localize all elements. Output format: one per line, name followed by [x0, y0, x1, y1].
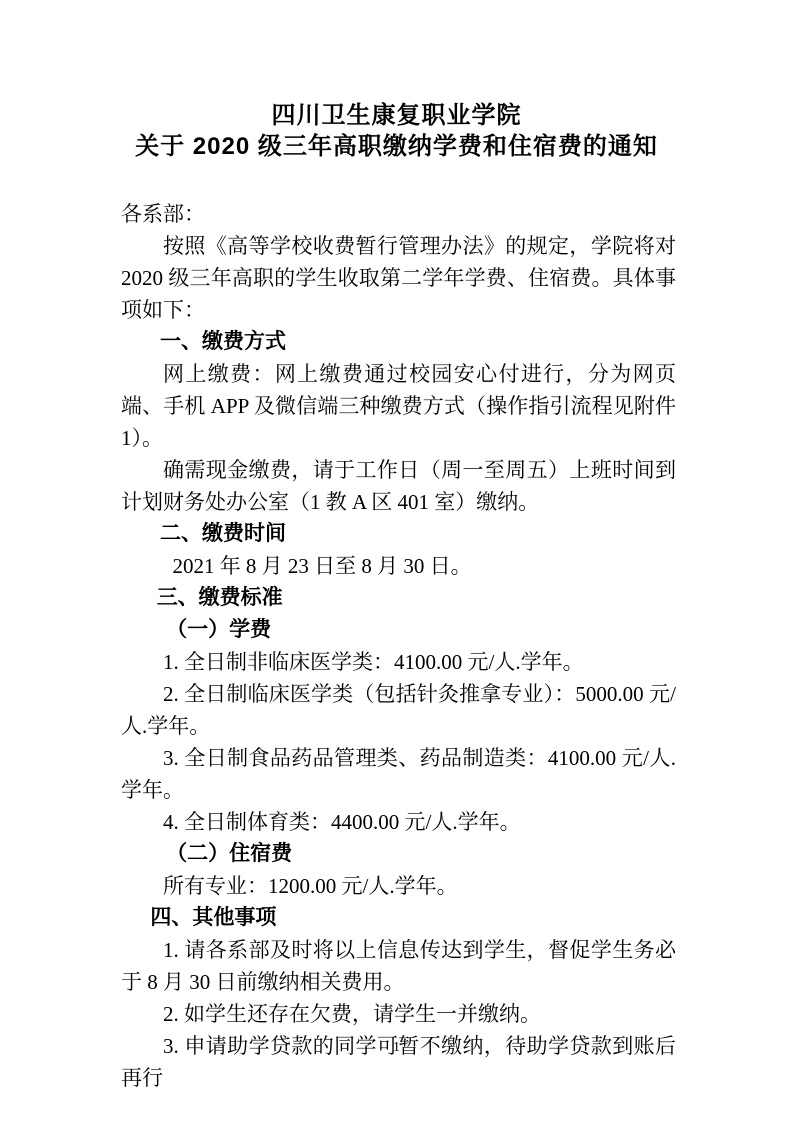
payment-online-paragraph: 网上缴费：网上缴费通过校园安心付进行，分为网页端、手机 APP 及微信端三种缴费…: [121, 358, 676, 454]
accommodation-heading: （二）住宿费: [121, 838, 676, 870]
intro-paragraph: 按照《高等学校收费暂行管理办法》的规定，学院将对 2020 级三年高职的学生收取…: [121, 230, 676, 326]
accommodation-fee-paragraph: 所有专业：1200.00 元/人.学年。: [121, 870, 676, 902]
tuition-item-4: 4. 全日制体育类：4400.00 元/人.学年。: [121, 806, 676, 838]
other-notes-item-2: 2. 如学生还存在欠费，请学生一并缴纳。: [121, 998, 676, 1030]
section-4-heading: 四、其他事项: [121, 902, 676, 934]
doc-title-line1: 四川卫生康复职业学院: [0, 100, 793, 131]
section-2-heading: 二、缴费时间: [121, 518, 676, 550]
payment-period-paragraph: 2021 年 8 月 23 日至 8 月 30 日。: [121, 550, 676, 582]
salutation-paragraph: 各系部：: [121, 198, 676, 230]
tuition-heading: （一）学费: [121, 614, 676, 646]
section-3-heading: 三、缴费标准: [121, 582, 676, 614]
page-number: 1: [0, 1040, 793, 1056]
payment-cash-paragraph: 确需现金缴费，请于工作日（周一至周五）上班时间到计划财务处办公室（1 教 A 区…: [121, 454, 676, 518]
tuition-item-1: 1. 全日制非临床医学类：4100.00 元/人.学年。: [121, 646, 676, 678]
tuition-item-3: 3. 全日制食品药品管理类、药品制造类：4100.00 元/人.学年。: [121, 742, 676, 806]
doc-body: 各系部： 按照《高等学校收费暂行管理办法》的规定，学院将对 2020 级三年高职…: [121, 198, 676, 1094]
doc-title: 四川卫生康复职业学院 关于 2020 级三年高职缴纳学费和住宿费的通知: [0, 0, 793, 162]
section-1-heading: 一、缴费方式: [121, 326, 676, 358]
tuition-item-2: 2. 全日制临床医学类（包括针灸推拿专业）：5000.00 元/人.学年。: [121, 678, 676, 742]
doc-title-line2: 关于 2020 级三年高职缴纳学费和住宿费的通知: [0, 131, 793, 162]
document-page: 四川卫生康复职业学院 关于 2020 级三年高职缴纳学费和住宿费的通知 各系部：…: [0, 0, 793, 1122]
other-notes-item-1: 1. 请各系部及时将以上信息传达到学生，督促学生务必于 8 月 30 日前缴纳相…: [121, 934, 676, 998]
